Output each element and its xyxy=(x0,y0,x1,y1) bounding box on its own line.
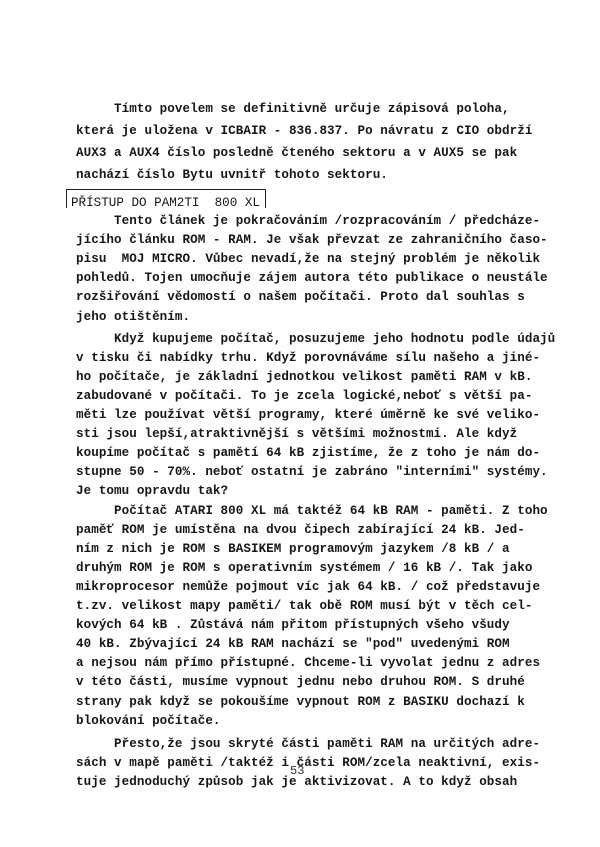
paragraph-3-line: strany pak když se pokoušíme vypnout ROM… xyxy=(76,695,525,709)
paragraph-3-line: v této části, musíme vypnout jednu nebo … xyxy=(76,675,525,689)
paragraph-4-line: sách v mapě paměti /taktéž i části ROM/z… xyxy=(76,756,540,770)
paragraph-3-line: mikroprocesor nemůže pojmout víc jak 64 … xyxy=(76,580,540,594)
paragraph-2-line: stupne 50 - 70%. neboť ostatní je zabrán… xyxy=(76,465,548,479)
intro-line: AUX3 a AUX4 číslo posledně čteného sekto… xyxy=(76,146,517,160)
paragraph-3-line: blokování počítače. xyxy=(76,714,221,728)
paragraph-2-line: koupíme počítač s pamětí 64 kB zjistíme,… xyxy=(76,446,540,460)
paragraph-3-line: kových 64 kB . Zůstává nám přitom přístu… xyxy=(76,618,510,632)
paragraph-1-line: jícího článku ROM - RAM. Je však převzat… xyxy=(76,233,548,247)
paragraph-3-line: t.zv. velikost mapy paměti/ tak obě ROM … xyxy=(76,599,532,613)
paragraph-1-line: pisu MOJ MICRO. Vůbec nevadí,že na stejn… xyxy=(76,252,540,266)
paragraph-2-line: zabudované v počítači. To je zcela logic… xyxy=(76,389,532,403)
paragraph-2-line: Je tomu opravdu tak? xyxy=(76,484,228,498)
paragraph-2-line: měti lze používat větší programy, které … xyxy=(76,408,540,422)
paragraph-2-line: ho počítače, je základní jednotkou velik… xyxy=(76,370,532,384)
paragraph-1-line: jeho otištěním. xyxy=(76,310,190,324)
intro-line: nachází číslo Bytu uvnitř tohoto sektoru… xyxy=(76,168,388,182)
intro-line: která je uložena v ICBAIR - 836.837. Po … xyxy=(76,124,532,138)
paragraph-3-line: Počítač ATARI 800 XL má taktéž 64 kB RAM… xyxy=(76,504,548,518)
page-number: 53 xyxy=(290,764,304,778)
paragraph-2-line: sti jsou lepší,atraktivnější s většími m… xyxy=(76,427,517,441)
section-heading: PŘÍSTUP DO PAM2TI 800 XL xyxy=(71,196,260,210)
paragraph-1-line: pohledů. Tojen umocňuje zájem autora tét… xyxy=(76,271,548,285)
document-page: Tímto povelem se definitivně určuje zápi… xyxy=(0,0,600,847)
paragraph-3-line: ním z nich je ROM s BASIKEM programovým … xyxy=(76,542,510,556)
intro-line: Tímto povelem se definitivně určuje zápi… xyxy=(76,102,510,116)
paragraph-1-line: rozšiřování vědomostí o našem počítači. … xyxy=(76,290,525,304)
paragraph-2-line: Když kupujeme počítač, posuzujeme jeho h… xyxy=(76,332,555,346)
paragraph-3-line: a nejsou nám přímo přístupné. Chceme-li … xyxy=(76,656,540,670)
paragraph-2-line: v tisku či nabídky trhu. Když porovnávám… xyxy=(76,351,540,365)
paragraph-3-line: 40 kB. Zbývající 24 kB RAM nachází se "p… xyxy=(76,637,510,651)
paragraph-4-line: Přesto,že jsou skryté části paměti RAM n… xyxy=(76,737,540,751)
paragraph-1-line: Tento článek je pokračováním /rozpracová… xyxy=(76,214,540,228)
paragraph-3-line: paměť ROM je umístěna na dvou čipech zab… xyxy=(76,523,525,537)
paragraph-3-line: druhým ROM je ROM s operativním systémem… xyxy=(76,561,532,575)
